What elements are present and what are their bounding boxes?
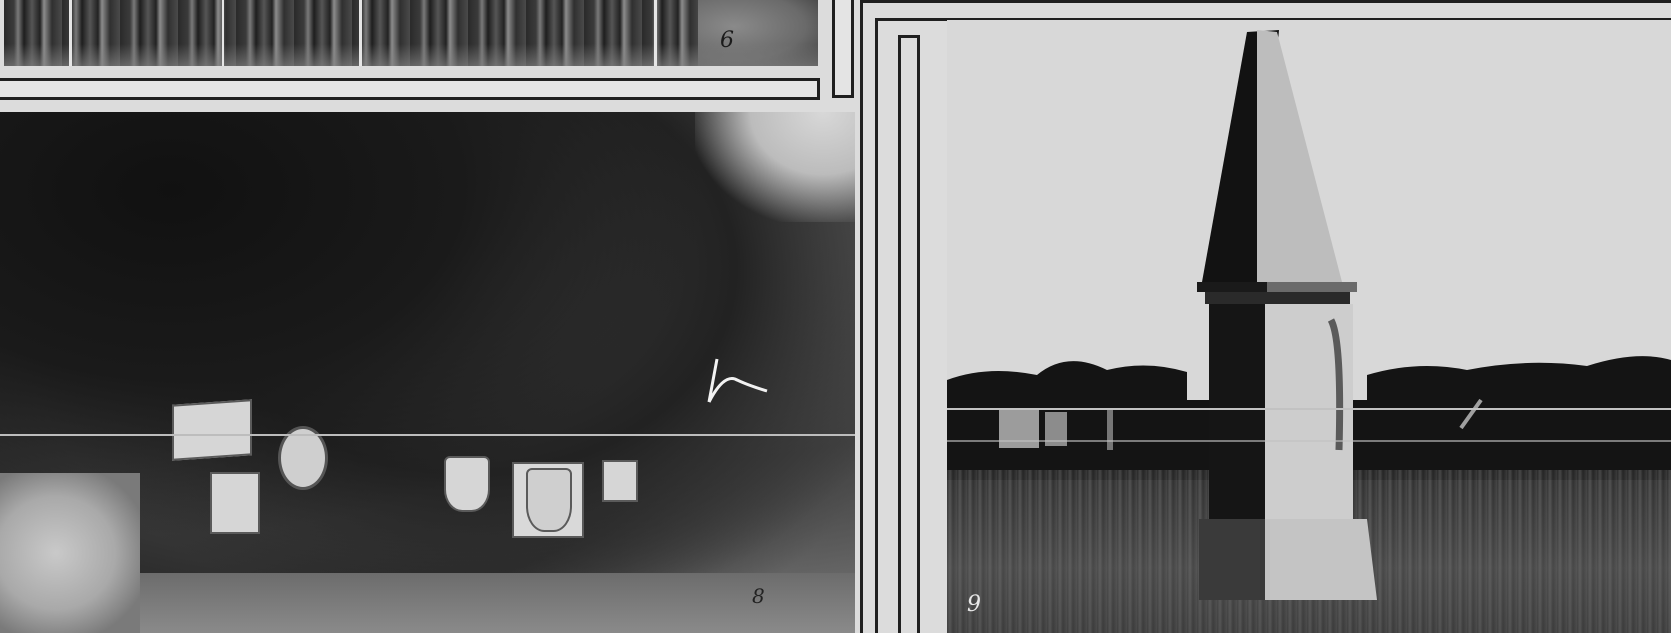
- scan-artifact-line: [947, 408, 1671, 410]
- shield-placard: [526, 468, 572, 532]
- annotation-mark: [705, 357, 775, 407]
- photo-number-8: 8: [752, 586, 765, 606]
- photo-divider: [359, 0, 362, 66]
- flag-placard: [172, 399, 252, 461]
- decorative-frame-line: [898, 35, 901, 633]
- photo-9: 9: [947, 20, 1671, 633]
- photo-divider: [222, 0, 224, 66]
- decorative-frame-line: [917, 35, 920, 633]
- decorative-frame-line: [860, 0, 863, 633]
- decorative-frame-line: [898, 35, 919, 38]
- decorative-frame-line: [875, 18, 878, 633]
- decorative-frame-line: [860, 0, 1671, 3]
- rock-outcrop: [0, 473, 140, 633]
- notice-placard: [602, 460, 638, 502]
- decorative-frame-bar: [832, 0, 854, 98]
- photo-number-6: 6: [720, 30, 734, 52]
- shield-placard: [444, 456, 490, 512]
- grass-area: [4, 44, 818, 66]
- scan-artifact-line: [0, 434, 855, 436]
- photo-number-9: 9: [967, 594, 981, 616]
- flag-placard: [210, 472, 260, 534]
- photo-6: 6: [4, 0, 818, 66]
- photo-divider: [654, 0, 657, 66]
- scan-artifact-line: [947, 440, 1671, 442]
- obelisk-monument: [947, 20, 1671, 633]
- photo-divider: [69, 0, 72, 66]
- decorative-frame-bar: [0, 78, 820, 100]
- sky-area: [695, 112, 855, 222]
- photo-8: 8: [0, 112, 855, 633]
